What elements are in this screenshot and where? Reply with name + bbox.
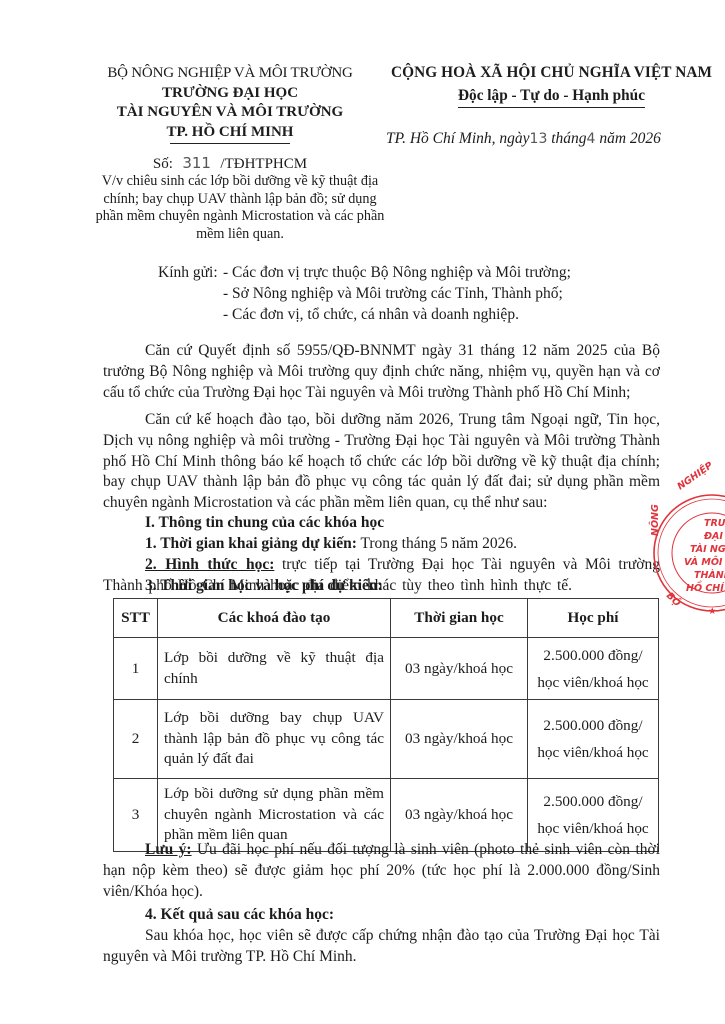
svg-text:HỒ CHÍ M: HỒ CHÍ M — [686, 581, 725, 594]
fee-line: học viên/khoá học — [534, 739, 652, 766]
fee-line: 2.500.000 đồng/ — [534, 788, 652, 815]
recipient-item: - Sở Nông nghiệp và Môi trường các Tỉnh,… — [223, 283, 563, 304]
cell-duration: 03 ngày/khoá học — [391, 638, 528, 700]
svg-text:NÔNG: NÔNG — [650, 504, 661, 536]
paragraph-text: Căn cứ kế hoạch đào tạo, bồi dưỡng năm 2… — [103, 411, 660, 511]
number-handwritten: 311 — [177, 154, 217, 172]
subject-line: chính; bay chụp UAV thành lập bản đồ; sử… — [80, 191, 400, 209]
issuer-header: BỘ NÔNG NGHIỆP VÀ MÔI TRƯỜNG TRƯỜNG ĐẠI … — [80, 64, 380, 144]
number-label: Số: — [153, 156, 173, 172]
recipient-item: - Các đơn vị, tổ chức, cá nhân và doanh … — [223, 304, 519, 325]
svg-text:TRƯ: TRƯ — [704, 518, 725, 529]
subject-line: phần mềm chuyên ngành Microstation và cá… — [80, 208, 400, 226]
paragraph-text: Căn cứ Quyết định số 5955/QĐ-BNNMT ngày … — [103, 342, 660, 401]
fee-note: Lưu ý: Ưu đãi học phí nếu đối tượng là s… — [103, 840, 660, 902]
date-month-handwritten: 4 — [587, 131, 596, 147]
fee-line: học viên/khoá học — [534, 815, 652, 842]
fee-line: học viên/khoá học — [534, 669, 652, 696]
col-header-course: Các khoá đào tạo — [158, 599, 391, 638]
opening-time-value: Trong tháng 5 năm 2026. — [357, 535, 517, 552]
table-row: 1 Lớp bồi dưỡng về kỹ thuật địa chính 03… — [114, 638, 659, 700]
col-header-duration: Thời gian học — [391, 599, 528, 638]
study-format-label: 2. Hình thức học: — [145, 556, 274, 573]
date-month-label: tháng — [551, 130, 586, 147]
results-text: Sau khóa học, học viên sẽ được cấp chứng… — [103, 927, 660, 965]
fee-line: 2.500.000 đồng/ — [534, 642, 652, 669]
svg-text:THÀNH P: THÀNH P — [694, 570, 725, 581]
opening-time-label: 1. Thời gian khai giảng dự kiến: — [145, 535, 357, 552]
cell-stt: 2 — [114, 700, 158, 779]
legal-basis-paragraph: Căn cứ Quyết định số 5955/QĐ-BNNMT ngày … — [103, 341, 660, 403]
course-table: STT Các khoá đào tạo Thời gian học Học p… — [113, 598, 659, 852]
schedule-fee-title: 3. Thời gian học và học phí dự kiến: — [103, 576, 660, 597]
document-subject: V/v chiêu sinh các lớp bồi dưỡng về kỹ t… — [80, 173, 400, 243]
recipients-label: Kính gửi: — [158, 262, 223, 283]
official-seal-stamp: TRƯĐẠI HTÀI NGUVÀ MÔI TRTHÀNH PHỒ CHÍ MN… — [640, 478, 725, 628]
recipient-item: - Các đơn vị trực thuộc Bộ Nông nghiệp v… — [223, 262, 571, 283]
cell-fee: 2.500.000 đồng/học viên/khoá học — [528, 700, 659, 779]
header-underline — [170, 143, 290, 144]
university-name-line1: TRƯỜNG ĐẠI HỌC — [80, 84, 380, 104]
recipients: Kính gửi: - Các đơn vị trực thuộc Bộ Nôn… — [158, 262, 571, 325]
table-row: 2 Lớp bồi dưỡng bay chụp UAV thành lập b… — [114, 700, 659, 779]
document-number: Số: 311 /TĐHTPHCM — [80, 154, 380, 173]
svg-text:BỘ: BỘ — [664, 590, 683, 609]
number-suffix: /TĐHTPHCM — [220, 156, 307, 172]
cell-fee: 2.500.000 đồng/học viên/khoá học — [528, 638, 659, 700]
date-prefix: TP. Hồ Chí Minh, ngày — [386, 130, 530, 147]
nation-title: CỘNG HOÀ XÃ HỘI CHỦ NGHĨA VIỆT NAM — [378, 64, 725, 82]
svg-text:★: ★ — [708, 606, 717, 617]
university-name-line3: TP. HỒ CHÍ MINH — [80, 123, 380, 143]
table-header-row: STT Các khoá đào tạo Thời gian học Học p… — [114, 599, 659, 638]
section-title: I. Thông tin chung của các khóa học — [103, 513, 660, 534]
ministry-name: BỘ NÔNG NGHIỆP VÀ MÔI TRƯỜNG — [80, 64, 380, 84]
svg-text:ĐẠI H: ĐẠI H — [703, 531, 725, 542]
col-header-stt: STT — [114, 599, 158, 638]
national-header: CỘNG HOÀ XÃ HỘI CHỦ NGHĨA VIỆT NAM Độc l… — [378, 64, 725, 108]
fee-line: 2.500.000 đồng/ — [534, 712, 652, 739]
cell-duration: 03 ngày/khoá học — [391, 700, 528, 779]
date-year: năm 2026 — [599, 130, 661, 147]
opening-time: 1. Thời gian khai giảng dự kiến: Trong t… — [103, 534, 660, 555]
cell-course: Lớp bồi dưỡng về kỹ thuật địa chính — [158, 638, 391, 700]
svg-text:NGHIỆP: NGHIỆP — [675, 460, 715, 492]
national-motto: Độc lập - Tự do - Hạnh phúc — [458, 87, 645, 108]
cell-stt: 1 — [114, 638, 158, 700]
svg-text:VÀ MÔI TR: VÀ MÔI TR — [684, 557, 725, 568]
col-header-fee: Học phí — [528, 599, 659, 638]
university-name-line2: TÀI NGUYÊN VÀ MÔI TRƯỜNG — [80, 103, 380, 123]
results-paragraph: Sau khóa học, học viên sẽ được cấp chứng… — [103, 926, 660, 968]
plan-paragraph: Căn cứ kế hoạch đào tạo, bồi dưỡng năm 2… — [103, 410, 660, 514]
cell-course: Lớp bồi dưỡng bay chụp UAV thành lập bản… — [158, 700, 391, 779]
svg-text:TÀI NGU: TÀI NGU — [690, 544, 725, 555]
subject-line: mềm liên quan. — [80, 226, 400, 244]
note-label: Lưu ý: — [145, 841, 192, 858]
subject-line: V/v chiêu sinh các lớp bồi dưỡng về kỹ t… — [80, 173, 400, 191]
results-title: 4. Kết quả sau các khóa học: — [103, 905, 660, 926]
issue-date: TP. Hồ Chí Minh, ngày13 tháng4 năm 2026 — [386, 130, 661, 148]
date-day-handwritten: 13 — [530, 131, 548, 147]
